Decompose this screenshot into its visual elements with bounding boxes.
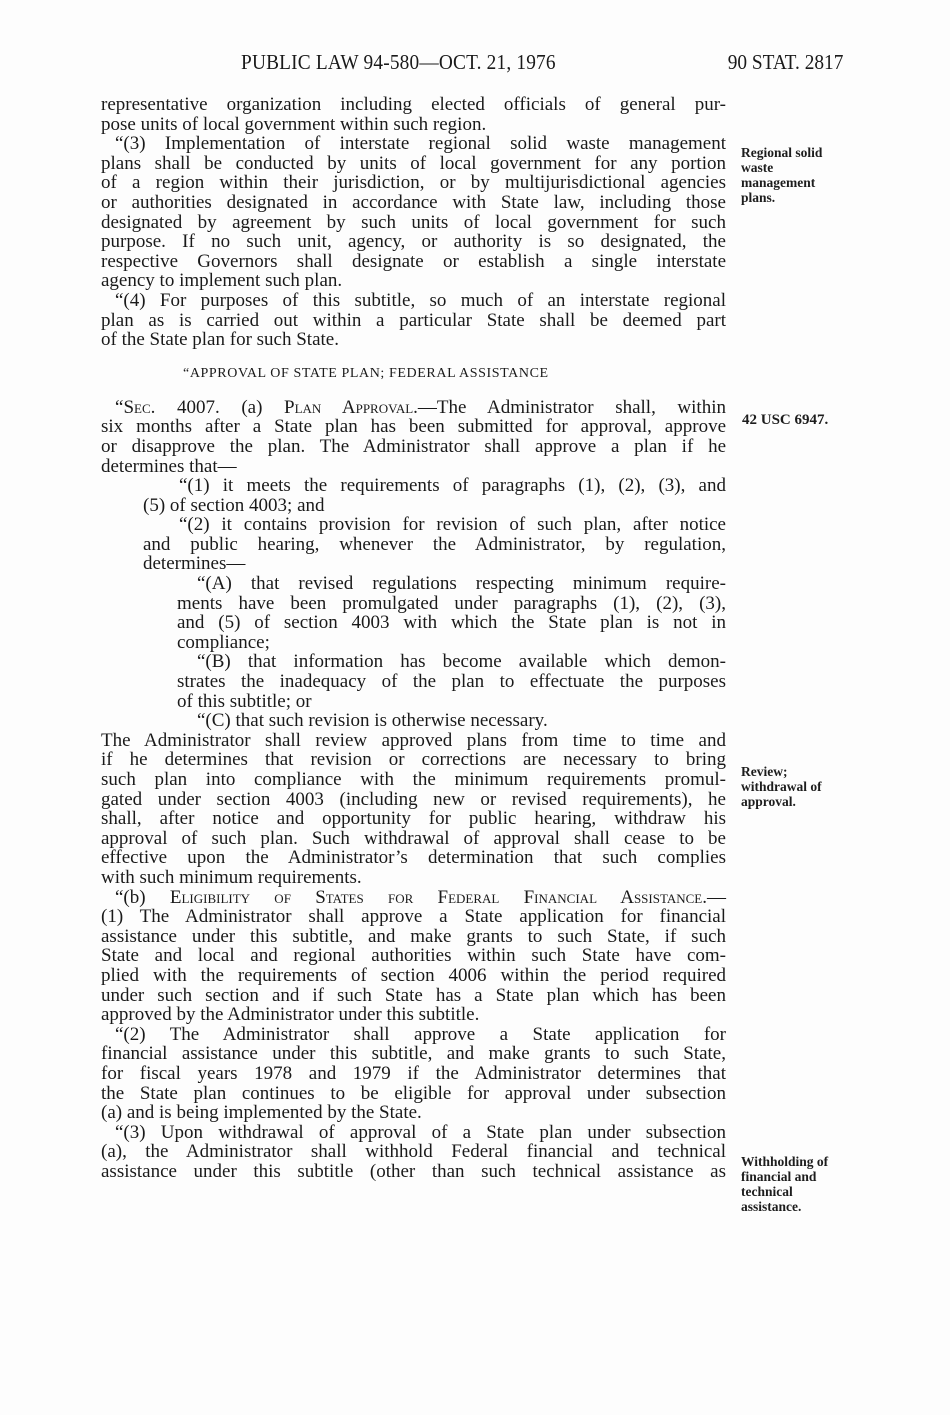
margin-note-usc-citation: 42 USC 6947.	[742, 412, 828, 429]
text-line: plied with the requirements of section 4…	[101, 966, 726, 986]
document-page: PUBLIC LAW 94-580—OCT. 21, 1976 90 STAT.…	[0, 0, 950, 1415]
text-line: pose units of local government within su…	[101, 115, 726, 135]
margin-note-regional-plans: Regional solid waste management plans.	[741, 145, 871, 205]
text-line: assistance under this subtitle, and make…	[101, 927, 726, 947]
page-header: PUBLIC LAW 94-580—OCT. 21, 1976 90 STAT.…	[0, 50, 874, 80]
text-line: “(B) that information has become availab…	[101, 652, 726, 672]
text-line: with such minimum requirements.	[101, 868, 726, 888]
margin-note-line: Review;	[741, 764, 871, 779]
text-line: and (5) of section 4003 with which the S…	[101, 613, 726, 633]
subsection-label: (a)	[220, 397, 284, 418]
text-line: representative organization including el…	[101, 95, 726, 115]
text-line: financial assistance under this subtitle…	[101, 1044, 726, 1064]
text-line: approved by the Administrator under this…	[101, 1005, 726, 1025]
text-line: “(1) it meets the requirements of paragr…	[101, 476, 726, 496]
text-line: “(b) Eligibility of States for Federal F…	[101, 888, 726, 908]
section-heading-approval-of-state-plan: “APPROVAL OF STATE PLAN; FEDERAL ASSISTA…	[101, 364, 726, 384]
margin-note-line: financial and	[741, 1169, 871, 1184]
margin-note-line: withdrawal of	[741, 779, 871, 794]
text-line: “(C) that such revision is otherwise nec…	[101, 711, 726, 731]
text-line: of this subtitle; or	[101, 692, 726, 712]
item-C-otherwise-necessary: “(C) that such revision is otherwise nec…	[101, 711, 726, 731]
margin-note-line: waste	[741, 160, 871, 175]
text-line: respective Governors shall designate or …	[101, 252, 726, 272]
text-line: of a region within their jurisdiction, o…	[101, 173, 726, 193]
statute-body: representative organization including el…	[101, 95, 726, 1181]
margin-note-line: Withholding of	[741, 1154, 871, 1169]
text-line: (a), the Administrator shall withhold Fe…	[101, 1142, 726, 1162]
subsection-label: “(b)	[115, 887, 170, 908]
text-line: assistance under this subtitle (other th…	[101, 1162, 726, 1182]
subsection-b-eligibility: “(b) Eligibility of States for Federal F…	[101, 888, 726, 1025]
text-line: strates the inadequacy of the plan to ef…	[101, 672, 726, 692]
text-line: (5) of section 4003; and	[101, 496, 726, 516]
subsection-b3-withholding: “(3) Upon withdrawal of approval of a St…	[101, 1123, 726, 1182]
item-B-information-available: “(B) that information has become availab…	[101, 652, 726, 711]
text-line: approval of such plan. Such withdrawal o…	[101, 829, 726, 849]
paragraph-4-interstate-plan: “(4) For purposes of this subtitle, so m…	[101, 291, 726, 350]
text-line: or authorities designated in accordance …	[101, 193, 726, 213]
text-line: State and local and regional authorities…	[101, 946, 726, 966]
margin-note-line: approval.	[741, 794, 871, 809]
text-line: (1) The Administrator shall approve a St…	[101, 907, 726, 927]
text-line: or disapprove the plan. The Administrato…	[101, 437, 726, 457]
text-line: “Sec. 4007. (a) Plan Approval.—The Admin…	[101, 398, 726, 418]
text-run: —The Administrator shall, within	[418, 397, 726, 418]
text-line: plans shall be conducted by units of loc…	[101, 154, 726, 174]
item-1-requirements: “(1) it meets the requirements of paragr…	[101, 476, 726, 515]
text-line: designated by agreement by such units of…	[101, 213, 726, 233]
text-line: shall, after notice and opportunity for …	[101, 809, 726, 829]
header-public-law-title: PUBLIC LAW 94-580—OCT. 21, 1976	[241, 50, 556, 75]
text-line: plan as is carried out within a particul…	[101, 311, 726, 331]
text-line: effective upon the Administrator’s deter…	[101, 848, 726, 868]
text-line: determines that—	[101, 457, 726, 477]
text-line: six months after a State plan has been s…	[101, 417, 726, 437]
text-line: determines—	[101, 554, 726, 574]
text-line: “(3) Upon withdrawal of approval of a St…	[101, 1123, 726, 1143]
subsection-title: Plan Approval.	[284, 397, 418, 418]
text-line: “(4) For purposes of this subtitle, so m…	[101, 291, 726, 311]
margin-note-line: technical	[741, 1184, 871, 1199]
text-line: “(2) it contains provision for revision …	[101, 515, 726, 535]
text-line: gated under section 4003 (including new …	[101, 790, 726, 810]
text-line: (a) and is being implemented by the Stat…	[101, 1103, 726, 1123]
margin-note-line: Regional solid	[741, 145, 871, 160]
text-line: such plan into compliance with the minim…	[101, 770, 726, 790]
margin-note-withholding-assistance: Withholding of financial and technical a…	[741, 1154, 871, 1214]
section-4007-plan-approval: “Sec. 4007. (a) Plan Approval.—The Admin…	[101, 398, 726, 476]
text-line: “(3) Implementation of interstate region…	[101, 134, 726, 154]
item-A-revised-regulations: “(A) that revised regulations respecting…	[101, 574, 726, 652]
paragraph-3-regional-implementation: “(3) Implementation of interstate region…	[101, 134, 726, 291]
text-line: under such section and if such State has…	[101, 986, 726, 1006]
item-2-revision-provision: “(2) it contains provision for revision …	[101, 515, 726, 574]
text-line: ments have been promulgated under paragr…	[101, 594, 726, 614]
text-line: for fiscal years 1978 and 1979 if the Ad…	[101, 1064, 726, 1084]
header-statute-page: 90 STAT. 2817	[728, 50, 844, 75]
text-line: “(2) The Administrator shall approve a S…	[101, 1025, 726, 1045]
em-dash: —	[707, 887, 726, 908]
text-line: purpose. If no such unit, agency, or aut…	[101, 232, 726, 252]
margin-note-review-withdrawal: Review; withdrawal of approval.	[741, 764, 871, 809]
margin-note-line: management	[741, 175, 871, 190]
text-line: “(A) that revised regulations respecting…	[101, 574, 726, 594]
text-line: compliance;	[101, 633, 726, 653]
text-line: the State plan continues to be eligible …	[101, 1084, 726, 1104]
paragraph-review-withdrawal: The Administrator shall review approved …	[101, 731, 726, 888]
text-line: The Administrator shall review approved …	[101, 731, 726, 751]
subsection-b2-fiscal-years: “(2) The Administrator shall approve a S…	[101, 1025, 726, 1123]
section-number: Sec. 4007.	[123, 397, 219, 418]
text-line: agency to implement such plan.	[101, 271, 726, 291]
text-line: if he determines that revision or correc…	[101, 750, 726, 770]
margin-note-line: plans.	[741, 190, 871, 205]
subsection-title: Eligibility of States for Federal Financ…	[170, 887, 707, 908]
paragraph-intro-continuation: representative organization including el…	[101, 95, 726, 134]
text-line: of the State plan for such State.	[101, 330, 726, 350]
text-line: and public hearing, whenever the Adminis…	[101, 535, 726, 555]
margin-note-line: assistance.	[741, 1199, 871, 1214]
